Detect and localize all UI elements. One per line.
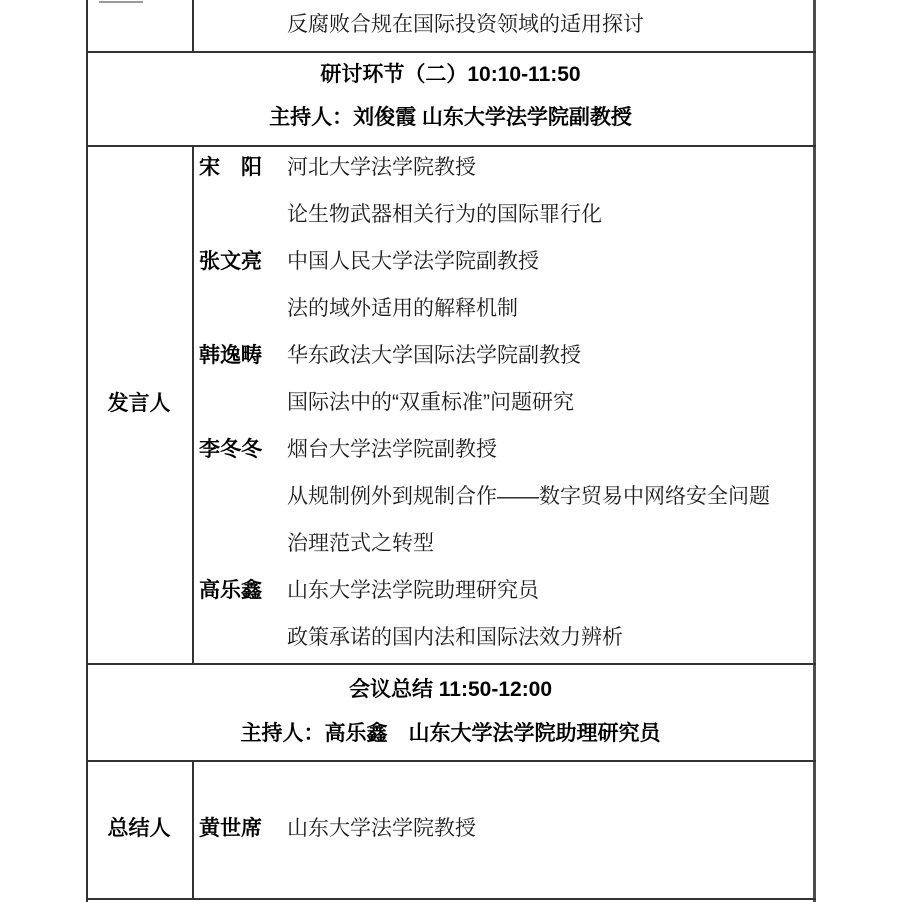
table-left-border [86, 0, 88, 902]
speaker-topic-line: 从规制例外到规制合作——数字贸易中网络安全问题 [287, 482, 770, 512]
row-border-4 [86, 760, 816, 762]
summary-moderator: 主持人：高乐鑫 山东大学法学院助理研究员 [86, 719, 815, 749]
summary-person-name: 黄世席 [199, 814, 262, 844]
speaker-affiliation: 烟台大学法学院副教授 [287, 435, 497, 465]
summary-title: 会议总结 11:50-12:00 [86, 675, 815, 705]
program-table-page: 反腐败合规在国际投资领域的适用探讨 研讨环节（二）10:10-11:50 主持人… [0, 0, 900, 902]
speaker-topic-line: 政策承诺的国内法和国际法效力辨析 [287, 623, 623, 653]
row-border-3 [86, 663, 816, 665]
speakers-role-label: 发言人 [86, 389, 192, 419]
row-border-1 [86, 51, 816, 53]
page-edge-artifact [99, 1, 143, 3]
speaker-topic-line: 国际法中的“双重标准”问题研究 [287, 388, 574, 418]
speaker-name: 张文亮 [199, 247, 262, 277]
speaker-topic-line: 论生物武器相关行为的国际罪行化 [287, 200, 602, 230]
row-border-2 [86, 145, 816, 147]
speaker-name: 高乐鑫 [199, 576, 262, 606]
speaker-name: 韩逸畴 [199, 341, 262, 371]
speaker-affiliation: 山东大学法学院助理研究员 [287, 576, 539, 606]
column-divider-speakers-row [192, 145, 194, 663]
carryover-topic-line: 反腐败合规在国际投资领域的适用探讨 [287, 10, 644, 40]
speaker-topic-line: 治理范式之转型 [287, 529, 434, 559]
column-divider-summary-row [192, 760, 194, 900]
table-right-border [813, 0, 816, 902]
summary-role-label: 总结人 [86, 814, 192, 844]
speaker-name: 李冬冬 [199, 435, 262, 465]
session2-moderator: 主持人：刘俊霞 山东大学法学院副教授 [86, 103, 815, 133]
session2-title: 研讨环节（二）10:10-11:50 [86, 60, 815, 90]
summary-person-affiliation: 山东大学法学院教授 [287, 814, 476, 844]
table-bottom-border [86, 898, 816, 900]
speaker-affiliation: 华东政法大学国际法学院副教授 [287, 341, 581, 371]
column-divider-top-row [192, 0, 194, 51]
speaker-affiliation: 河北大学法学院教授 [287, 153, 476, 183]
speaker-name: 宋 阳 [199, 153, 262, 183]
speaker-topic-line: 法的域外适用的解释机制 [287, 294, 518, 324]
speaker-affiliation: 中国人民大学法学院副教授 [287, 247, 539, 277]
